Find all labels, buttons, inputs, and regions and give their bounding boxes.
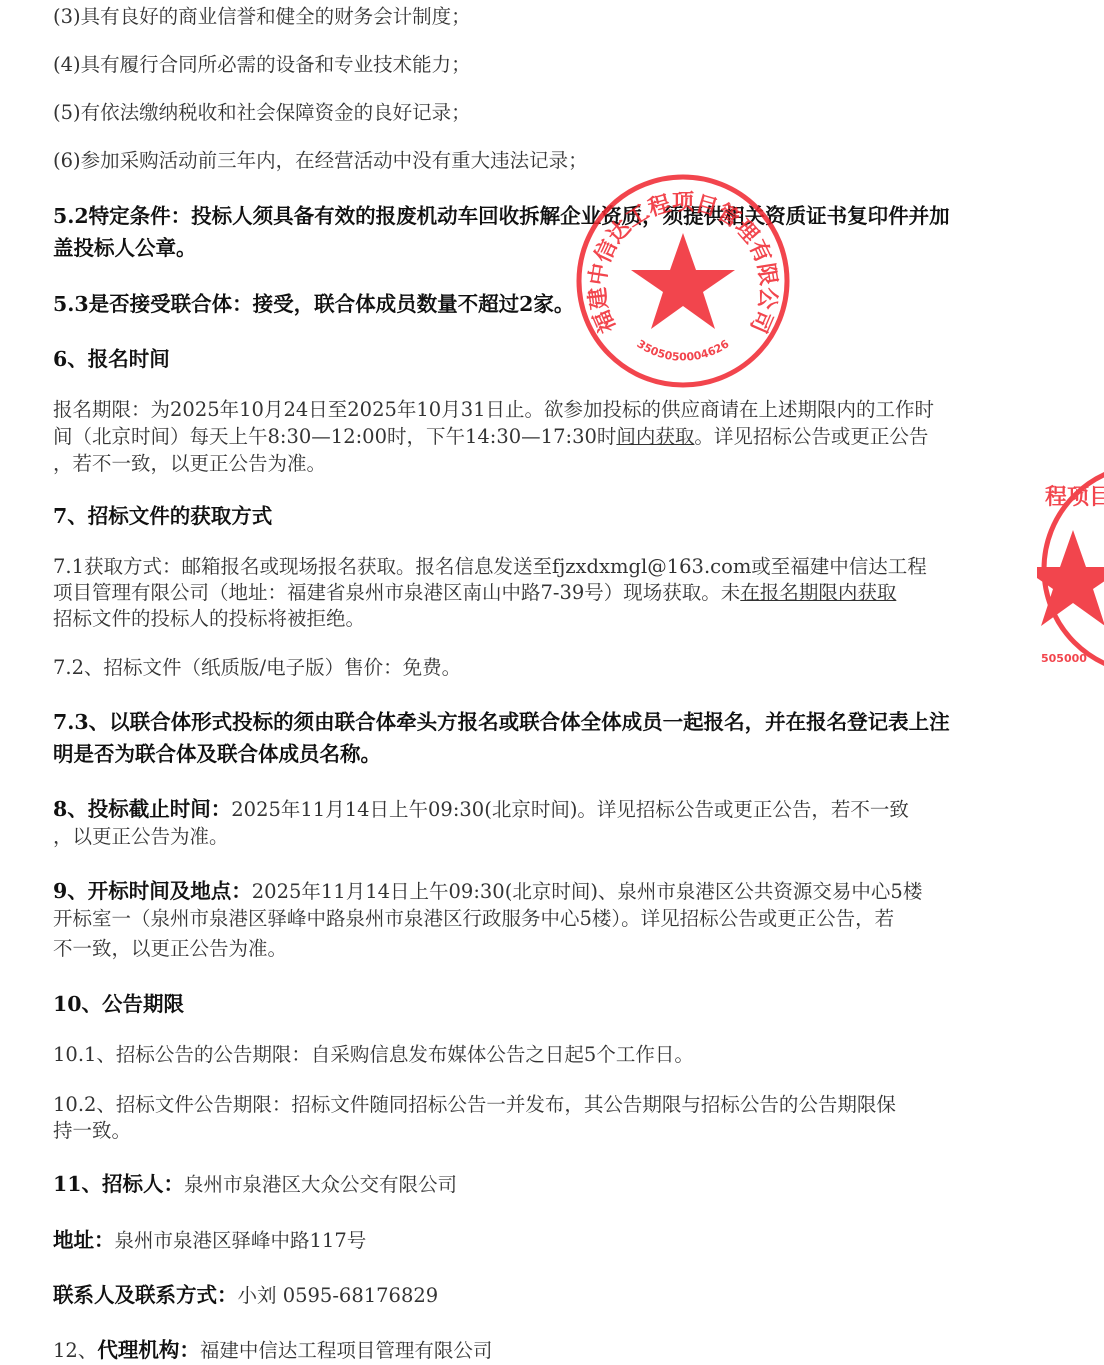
tenderer-contact: 联系人及联系方式：小刘 0595-68176829 bbox=[53, 1282, 438, 1309]
bid-opening-line2: 开标室一（泉州市泉港区驿峰中路泉州市泉港区行政服务中心5楼）。详见招标公告或更正… bbox=[53, 906, 894, 932]
section-10-heading: 10、公告期限 bbox=[53, 991, 184, 1017]
section-6-heading: 6、报名时间 bbox=[53, 346, 170, 372]
label: 代理机构： bbox=[97, 1338, 200, 1362]
partial-seal-stamp: 程项目 505000 bbox=[1037, 458, 1104, 680]
value: 泉州市泉港区大众公交有限公司 bbox=[184, 1173, 457, 1196]
svg-text:3505050004626: 3505050004626 bbox=[635, 337, 732, 364]
value: 泉州市泉港区驿峰中路117号 bbox=[115, 1229, 367, 1252]
label: 9、开标时间及地点： bbox=[53, 879, 252, 903]
registration-period-line2: 间（北京时间）每天上午8:30—12:00时，下午14:30—17:30时间内获… bbox=[53, 424, 928, 450]
text: 项目管理有限公司（地址：福建省泉州市泉港区南山中路7-39号）现场获取。未 bbox=[53, 581, 740, 604]
label: 11、招标人： bbox=[53, 1172, 184, 1196]
registration-period-line1: 报名期限：为2025年10月24日至2025年10月31日止。欲参加投标的供应商… bbox=[53, 397, 934, 423]
notice-period: 10.1、招标公告的公告期限：自采购信息发布媒体公告之日起5个工作日。 bbox=[53, 1042, 694, 1068]
bid-opening-line3: 不一致，以更正公告为准。 bbox=[53, 936, 287, 962]
special-conditions-line2: 盖投标人公章。 bbox=[53, 235, 197, 261]
text: 。详见招标公告或更正公告 bbox=[694, 425, 928, 448]
requirement-5: (5)有依法缴纳税收和社会保障资金的良好记录； bbox=[53, 100, 471, 126]
special-conditions-line1: 5.2特定条件：投标人须具备有效的报废机动车回收拆解企业资质，须提供相关资质证书… bbox=[53, 203, 950, 229]
value: 小刘 0595-68176829 bbox=[238, 1284, 439, 1307]
underlined-text: 间内获取 bbox=[616, 425, 694, 448]
text: 间（北京时间）每天上午8:30—12:00时，下午14:30—17:30时 bbox=[53, 425, 616, 448]
document-price: 7.2、招标文件（纸质版/电子版）售价：免费。 bbox=[53, 655, 461, 681]
consortium-clause: 5.3是否接受联合体：接受，联合体成员数量不超过2家。 bbox=[53, 291, 574, 317]
tenderer: 11、招标人：泉州市泉港区大众公交有限公司 bbox=[53, 1171, 457, 1198]
label: 地址： bbox=[53, 1228, 115, 1252]
document-notice-period-line2: 持一致。 bbox=[53, 1118, 131, 1144]
requirement-4: (4)具有履行合同所必需的设备和专业技术能力； bbox=[53, 52, 471, 78]
value: 2025年11月14日上午09:30(北京时间)。详见招标公告或更正公告，若不一… bbox=[231, 798, 909, 821]
value: 2025年11月14日上午09:30(北京时间)、泉州市泉港区公共资源交易中心5… bbox=[252, 880, 923, 903]
acquisition-method-line2: 项目管理有限公司（地址：福建省泉州市泉港区南山中路7-39号）现场获取。未在报名… bbox=[53, 580, 896, 606]
consortium-registration-line2: 明是否为联合体及联合体成员名称。 bbox=[53, 741, 381, 767]
acquisition-method-line3: 招标文件的投标人的投标将被拒绝。 bbox=[53, 606, 365, 632]
bid-deadline-line2: ，以更正公告为准。 bbox=[53, 824, 229, 850]
agency: 12、代理机构：福建中信达工程项目管理有限公司 bbox=[53, 1337, 492, 1364]
registration-period-line3: ，若不一致，以更正公告为准。 bbox=[53, 451, 326, 477]
document-notice-period-line1: 10.2、招标文件公告期限：招标文件随同招标公告一并发布，其公告期限与招标公告的… bbox=[53, 1092, 896, 1118]
value: 福建中信达工程项目管理有限公司 bbox=[200, 1339, 493, 1362]
tenderer-address: 地址：泉州市泉港区驿峰中路117号 bbox=[53, 1227, 366, 1254]
number: 12、 bbox=[53, 1339, 97, 1362]
svg-text:505000: 505000 bbox=[1041, 652, 1087, 665]
bid-opening: 9、开标时间及地点：2025年11月14日上午09:30(北京时间)、泉州市泉港… bbox=[53, 878, 922, 905]
label: 8、投标截止时间： bbox=[53, 797, 231, 821]
bid-deadline: 8、投标截止时间：2025年11月14日上午09:30(北京时间)。详见招标公告… bbox=[53, 796, 909, 823]
consortium-registration-line1: 7.3、以联合体形式投标的须由联合体牵头方报名或联合体全体成员一起报名，并在报名… bbox=[53, 709, 950, 735]
label: 联系人及联系方式： bbox=[53, 1283, 238, 1307]
star-icon bbox=[1037, 530, 1104, 626]
requirement-3: (3)具有良好的商业信誉和健全的财务会计制度； bbox=[53, 4, 471, 30]
requirement-6: (6)参加采购活动前三年内，在经营活动中没有重大违法记录； bbox=[53, 148, 588, 174]
acquisition-method-line1: 7.1获取方式：邮箱报名或现场报名获取。报名信息发送至fjzxdxmgl@163… bbox=[53, 554, 927, 580]
star-icon bbox=[631, 233, 735, 329]
underlined-text: 在报名期限内获取 bbox=[740, 581, 896, 604]
section-7-heading: 7、招标文件的获取方式 bbox=[53, 503, 272, 529]
svg-text:程项目: 程项目 bbox=[1045, 484, 1104, 510]
